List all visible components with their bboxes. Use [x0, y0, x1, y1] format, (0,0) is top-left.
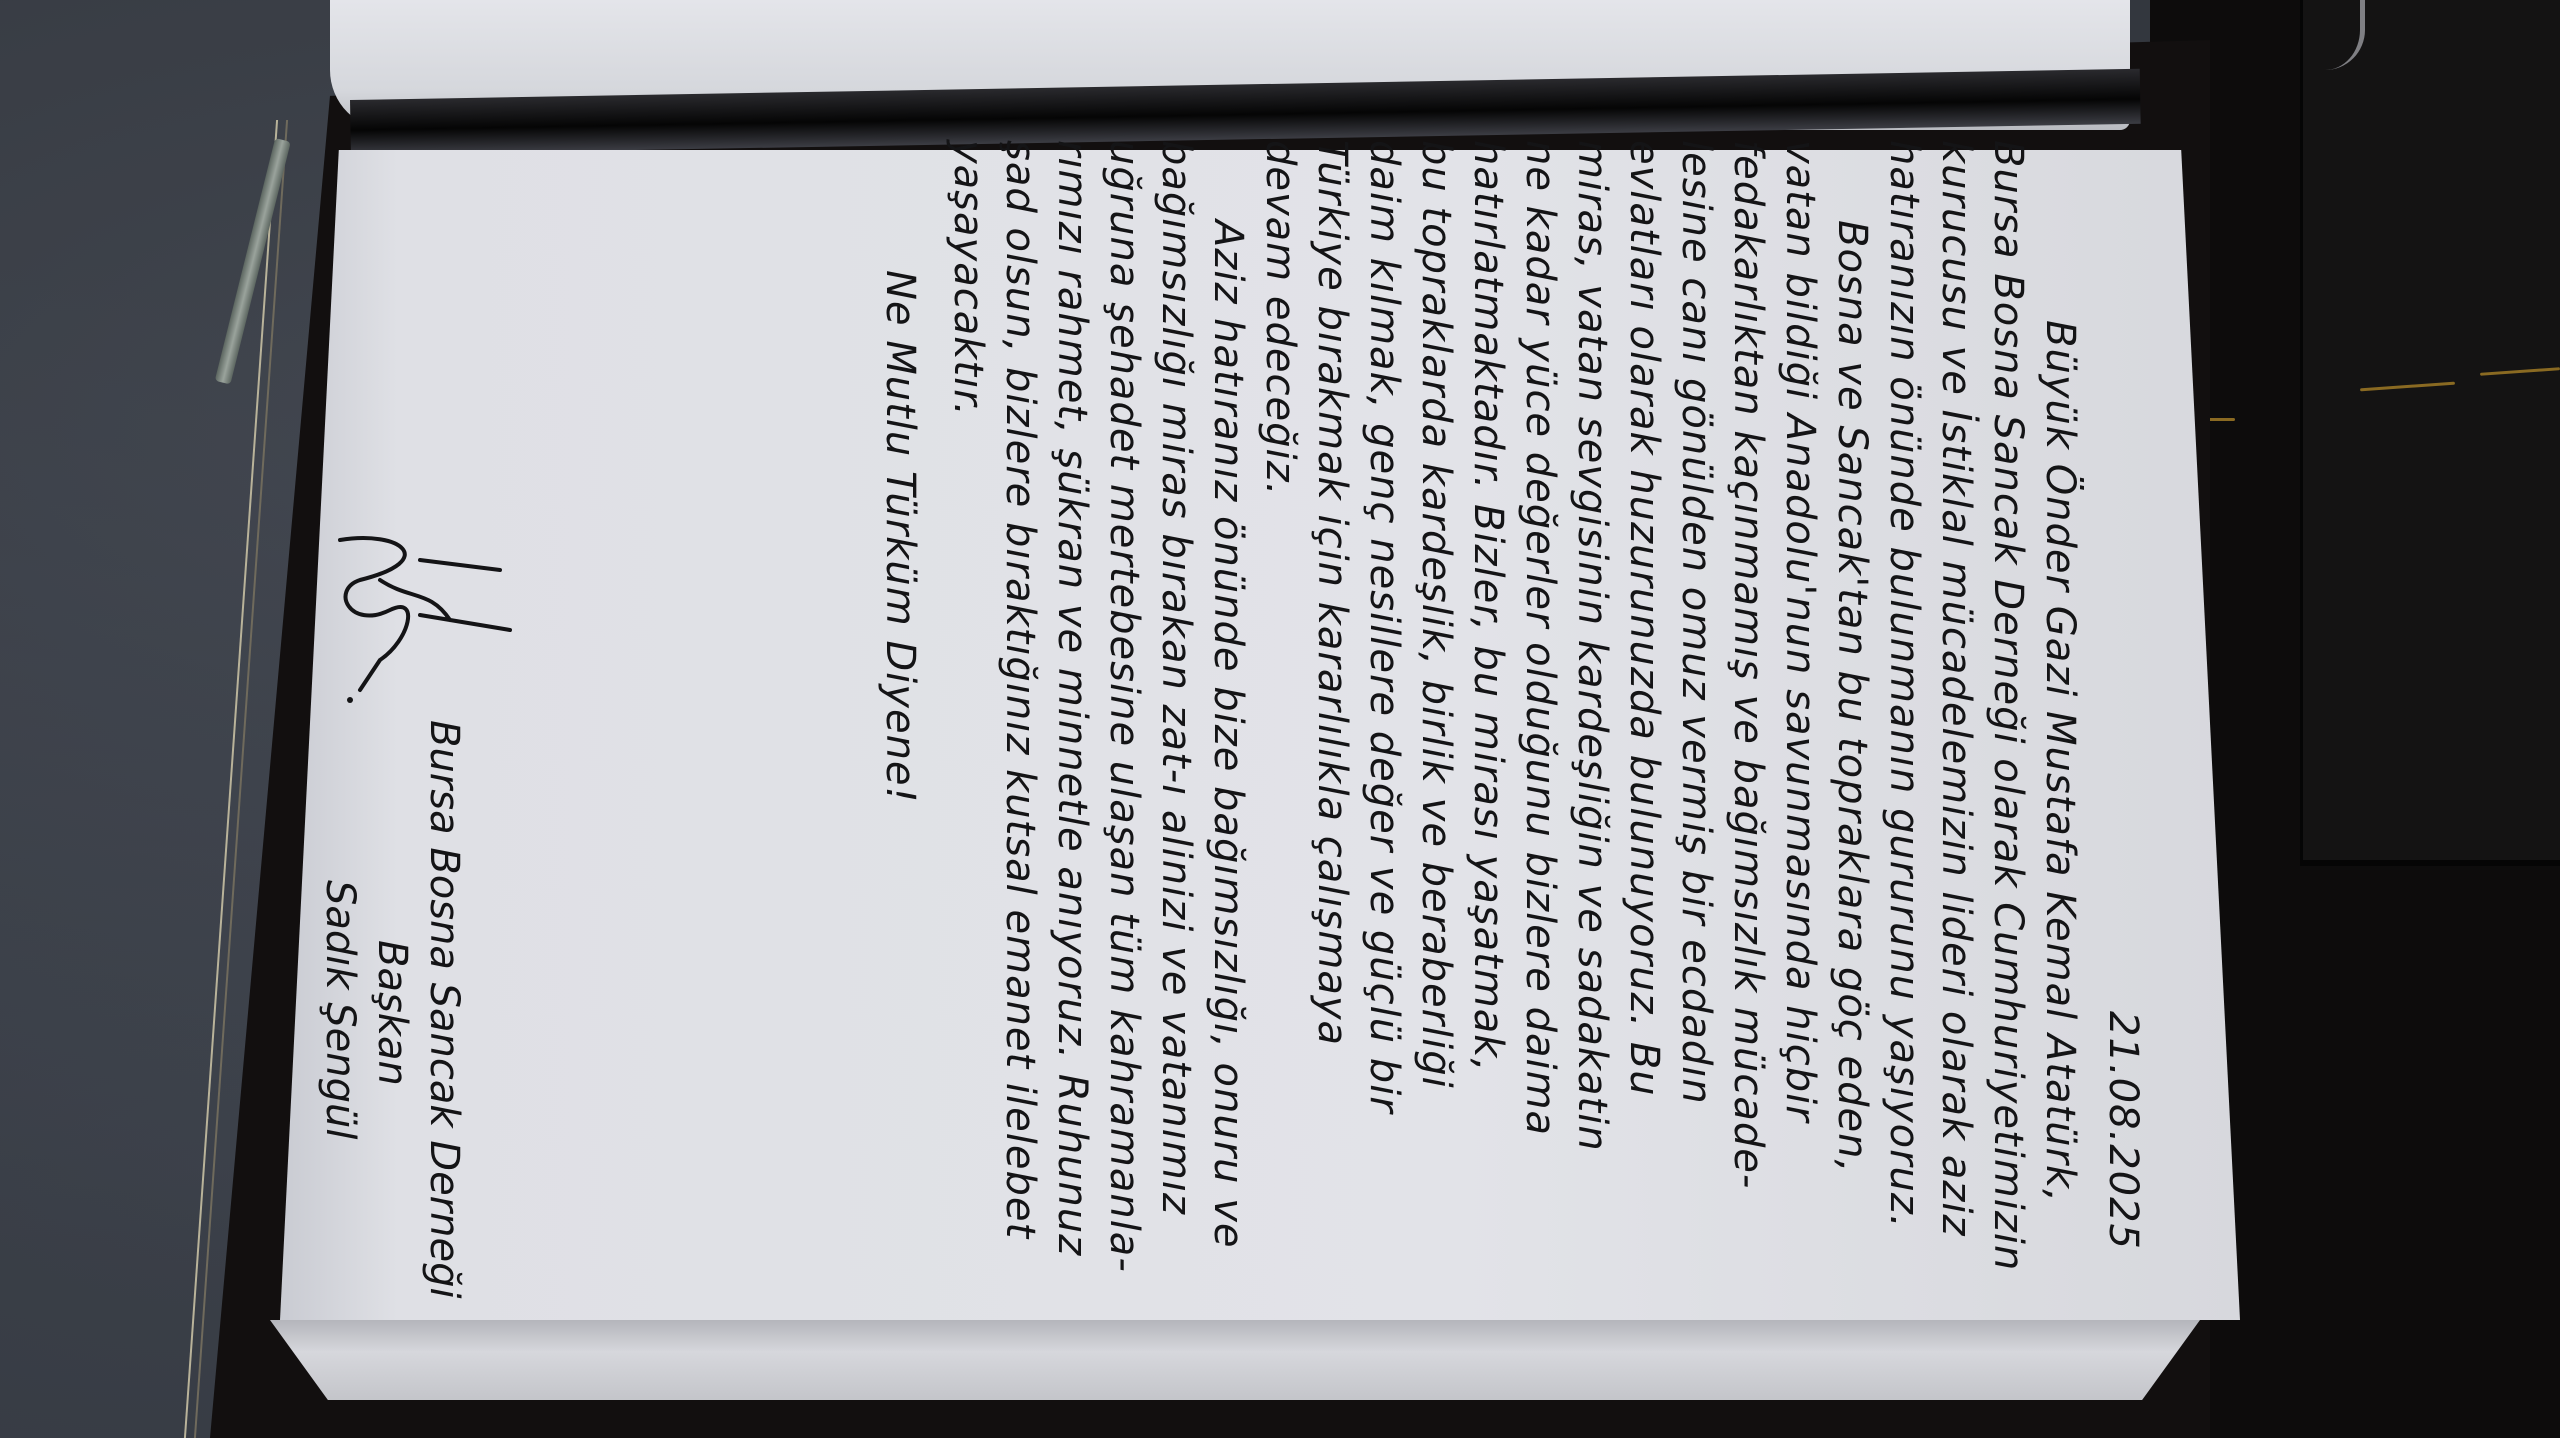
entry-line: yaşayacaktır. [942, 140, 994, 1290]
entry-date: 21.08.2025 [2086, 140, 2160, 1290]
entry-line: Aziz hatıranız önünde bize bağımsızlığı,… [1202, 140, 1254, 1290]
handwritten-signature [320, 520, 580, 720]
entry-line: bağımsızlığı miras bırakan zat-ı alinizi… [1150, 140, 1202, 1290]
signatory-title: Başkan [366, 720, 418, 1420]
entry-line: hatırlatmaktadır. Bizler, bu mirası yaşa… [1462, 140, 1514, 1290]
entry-line: uğruna şehadet mertebesine ulaşan tüm ka… [1098, 140, 1150, 1290]
entry-line: kurucusu ve İstiklal mücadelemizin lider… [1930, 140, 1982, 1290]
signatory-organization: Bursa Bosna Sancak Derneği [418, 720, 470, 1420]
display-case-panel [2300, 0, 2560, 866]
entry-line: Bosna ve Sancak'tan bu topraklara göç ed… [1826, 140, 1878, 1290]
entry-line: ne kadar yüce değerler olduğunu bizlere … [1514, 140, 1566, 1290]
entry-line: vatan bildiği Anadolu'nun savunmasında h… [1774, 140, 1826, 1290]
entry-line: fedakarlıktan kaçınmamış ve bağımsızlık … [1722, 140, 1774, 1290]
entry-line: daim kılmak, genç nesillere değer ve güç… [1358, 140, 1410, 1290]
entry-line: evlatları olarak huzurunuzda bulunuyoruz… [1618, 140, 1670, 1290]
signatory-name: Sadık Şengül [314, 720, 366, 1420]
entry-line: devam edeceğiz. [1254, 140, 1306, 1290]
entry-closing: Ne Mutlu Türküm Diyene! [874, 140, 926, 1290]
entry-line: hatıranızın önünde bulunmanın gururunu y… [1878, 140, 1930, 1290]
entry-line: Türkiye bırakmak için kararlılıkla çalış… [1306, 140, 1358, 1290]
entry-line: miras, vatan sevgisinin kardeşliğin ve s… [1566, 140, 1618, 1290]
entry-salutation: Büyük Önder Gazi Mustafa Kemal Atatürk, [2034, 140, 2086, 1290]
signatory-block: Bursa Bosna Sancak Derneği Başkan Sadık … [314, 720, 470, 1420]
entry-line: Bursa Bosna Sancak Derneği olarak Cumhur… [1982, 140, 2034, 1290]
entry-line: lesine canı gönülden omuz vermiş bir ecd… [1670, 140, 1722, 1290]
entry-line: bu topraklarda kardeşlik, birlik ve bera… [1410, 140, 1462, 1290]
entry-line: şad olsun, bizlere bıraktığınız kutsal e… [994, 140, 1046, 1290]
page-stack-edge [270, 1320, 2200, 1400]
entry-line: rımızı rahmet, şükran ve minnetle anıyor… [1046, 140, 1098, 1290]
handwritten-entry: 21.08.2025 Büyük Önder Gazi Mustafa Kema… [874, 140, 2160, 1290]
